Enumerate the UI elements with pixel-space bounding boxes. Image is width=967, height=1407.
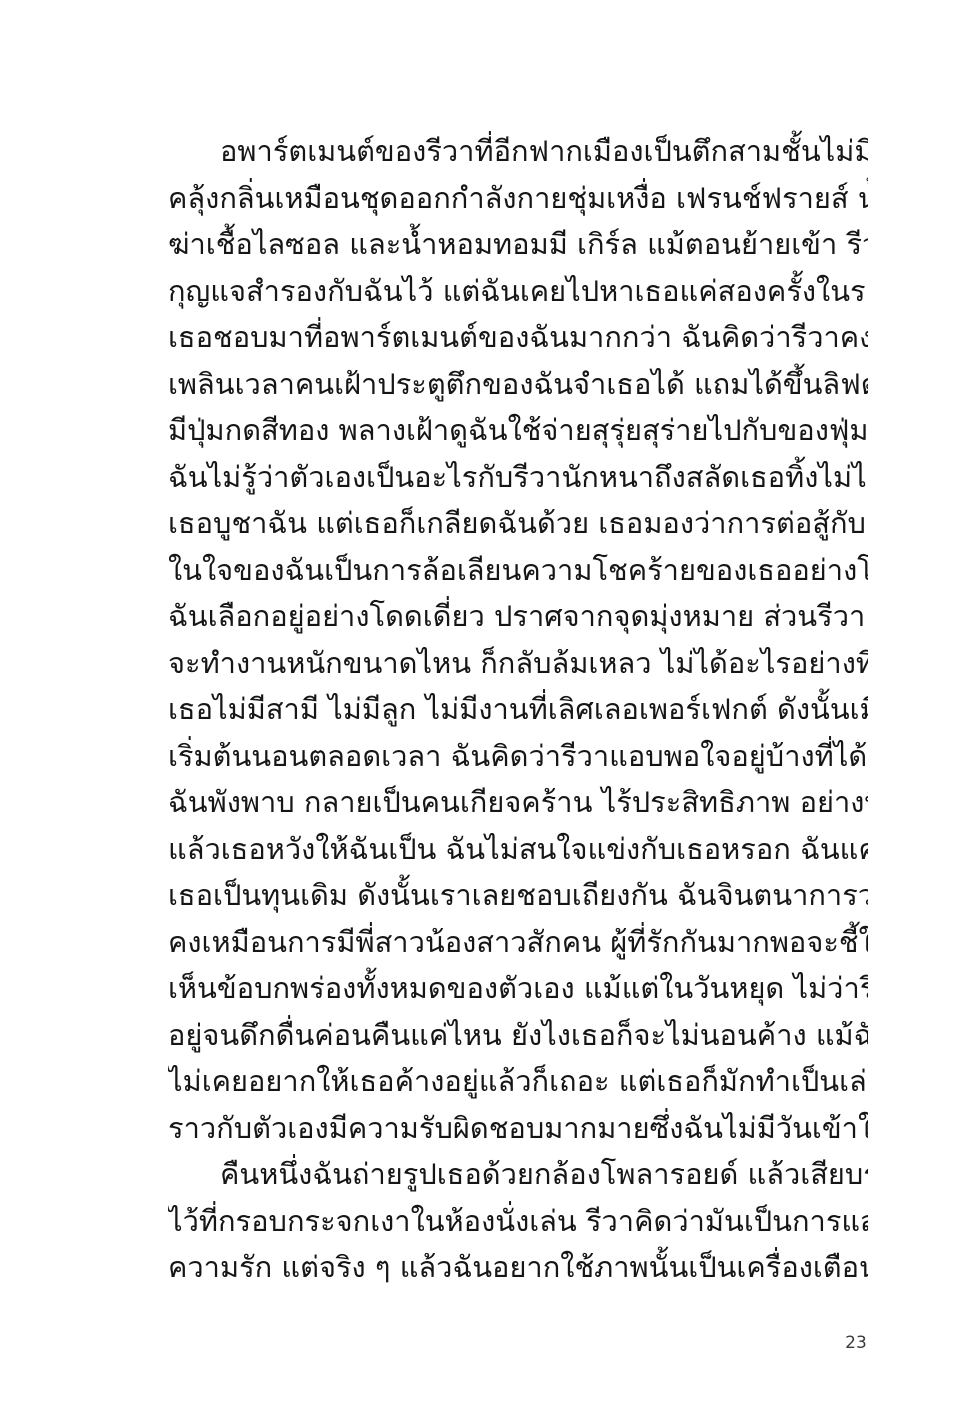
text-line: ความรัก แต่จริง ๆ แล้วฉันอยากใช้ภาพนั้นเ…	[168, 1244, 868, 1291]
body-text: อพาร์ตเมนต์ของรีวาที่อีกฟากเมืองเป็นตึกส…	[168, 128, 868, 1291]
paragraph: อพาร์ตเมนต์ของรีวาที่อีกฟากเมืองเป็นตึกส…	[168, 128, 868, 1151]
text-line: คืนหนึ่งฉันถ่ายรูปเธอด้วยกล้องโพลารอยด์ …	[168, 1151, 868, 1198]
text-line: เห็นข้อบกพร่องทั้งหมดของตัวเอง แม้แต่ในว…	[168, 965, 868, 1012]
text-line: ราวกับตัวเองมีความรับผิดชอบมากมายซึ่งฉัน…	[168, 1105, 868, 1152]
text-line: อพาร์ตเมนต์ของรีวาที่อีกฟากเมืองเป็นตึกส…	[168, 128, 868, 175]
text-line: กุญแจสำรองกับฉันไว้ แต่ฉันเคยไปหาเธอแค่ส…	[168, 268, 868, 315]
text-line: ในใจของฉันเป็นการล้อเลียนความโชคร้ายของเ…	[168, 547, 868, 594]
text-line: คงเหมือนการมีพี่สาวน้องสาวสักคน ผู้ที่รั…	[168, 919, 868, 966]
text-line: เพลินเวลาคนเฝ้าประตูตึกของฉันจำเธอได้ แถ…	[168, 361, 868, 408]
text-line: ไม่เคยอยากให้เธอค้างอยู่แล้วก็เถอะ แต่เธ…	[168, 1058, 868, 1105]
text-line: แล้วเธอหวังให้ฉันเป็น ฉันไม่สนใจแข่งกับเ…	[168, 826, 868, 873]
text-line: จะทำงานหนักขนาดไหน ก็กลับล้มเหลว ไม่ได้อ…	[168, 640, 868, 687]
text-line: เธอไม่มีสามี ไม่มีลูก ไม่มีงานที่เลิศเลอ…	[168, 686, 868, 733]
text-line: ฉันพังพาบ กลายเป็นคนเกียจคร้าน ไร้ประสิท…	[168, 779, 868, 826]
text-line: เธอชอบมาที่อพาร์ตเมนต์ของฉันมากกว่า ฉันค…	[168, 314, 868, 361]
text-line: ฉันเลือกอยู่อย่างโดดเดี่ยว ปราศจากจุดมุ่…	[168, 593, 868, 640]
text-line: มีปุ่มกดสีทอง พลางเฝ้าดูฉันใช้จ่ายสุรุ่ย…	[168, 407, 868, 454]
text-line: ไว้ที่กรอบกระจกเงาในห้องนั่งเล่น รีวาคิด…	[168, 1198, 868, 1245]
text-line: คลุ้งกลิ่นเหมือนชุดออกกำลังกายชุ่มเหงื่อ…	[168, 175, 868, 222]
text-line: เธอบูชาฉัน แต่เธอก็เกลียดฉันด้วย เธอมองว…	[168, 500, 868, 547]
text-line: อยู่จนดึกดื่นค่อนคืนแค่ไหน ยังไงเธอก็จะไ…	[168, 1012, 868, 1059]
text-line: เธอเป็นทุนเดิม ดังนั้นเราเลยชอบเถียงกัน …	[168, 872, 868, 919]
text-line: ฉันไม่รู้ว่าตัวเองเป็นอะไรกับรีวานักหนาถ…	[168, 454, 868, 501]
page-number: 23	[836, 1332, 876, 1354]
text-line: เริ่มต้นนอนตลอดเวลา ฉันคิดว่ารีวาแอบพอใจ…	[168, 733, 868, 780]
paragraph: คืนหนึ่งฉันถ่ายรูปเธอด้วยกล้องโพลารอยด์ …	[168, 1151, 868, 1291]
text-line: ฆ่าเชื้อไลซอล และน้ำหอมทอมมี เกิร์ล แม้ต…	[168, 221, 868, 268]
book-page: อพาร์ตเมนต์ของรีวาที่อีกฟากเมืองเป็นตึกส…	[0, 0, 967, 1407]
